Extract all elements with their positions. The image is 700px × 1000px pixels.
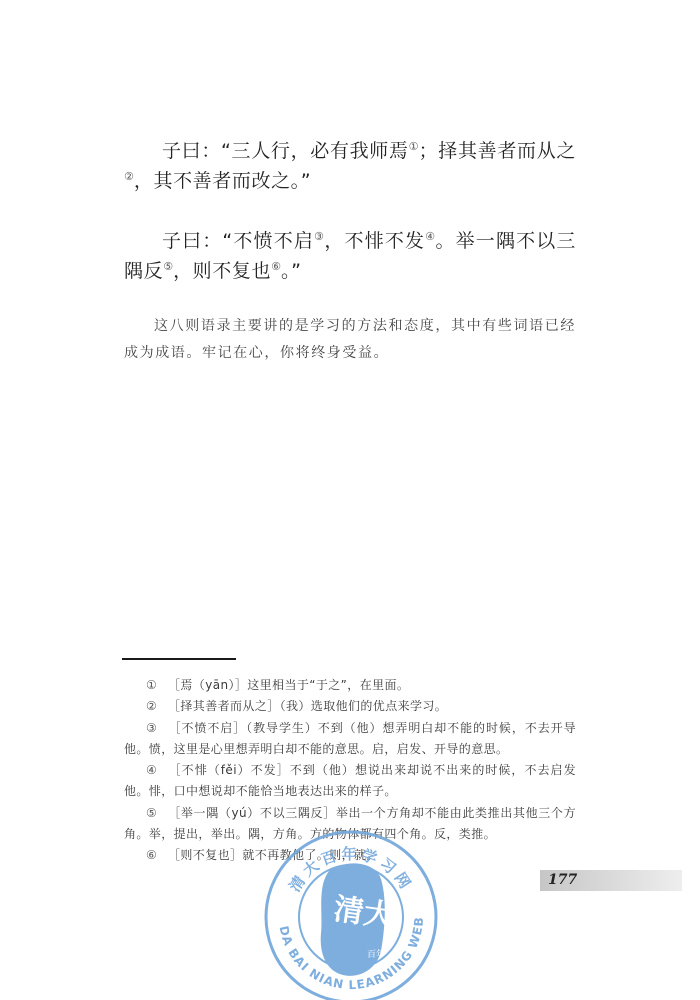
footnote-ref-3[interactable]: ③ [314, 230, 324, 243]
footnote-term: ［不愤不启］ [168, 721, 246, 735]
footnote-number: ⑥ [146, 845, 168, 866]
quote-text: ，不悱不发 [324, 230, 425, 252]
summary-paragraph: 这八则语录主要讲的是学习的方法和态度，其中有些词语已经成为成语。牢记在心，你将终… [124, 313, 576, 367]
footnote-term: ［不悱（fěi）不发］ [168, 763, 290, 777]
quote-text: 子曰：“不愤不启 [162, 230, 314, 252]
quote-text: 。” [281, 260, 302, 282]
footnote-number: ⑤ [146, 803, 168, 824]
footnote-number: ③ [146, 718, 168, 739]
page-number: 177 [548, 871, 577, 890]
quote-text: ，则不复也 [173, 260, 271, 282]
footnote-ref-2[interactable]: ② [124, 170, 134, 183]
footnote-text: （我）选取他们的优点来学习。 [280, 699, 448, 713]
footnote-term: ［焉（yān）］ [168, 678, 247, 692]
textbook-page: 子曰：“三人行，必有我师焉①；择其善者而从之②，其不善者而改之。” 子曰：“不愤… [0, 0, 700, 1000]
footnote-term: ［择其善者而从之］ [168, 699, 280, 713]
watermark-stamp-icon: 清大百年学习网 QING DA BAI NIAN LEARNING WEBSIT… [263, 829, 439, 1000]
footnote-3: ③［不愤不启］（教导学生）不到（他）想弄明白却不能的时候，不去开导他。愤，这里是… [124, 718, 576, 761]
footnote-number: ② [146, 696, 168, 717]
footnote-2: ②［择其善者而从之］（我）选取他们的优点来学习。 [124, 696, 576, 717]
analects-quote-2: 子曰：“不愤不启③，不悱不发④。举一隅不以三隅反⑤，则不复也⑥。” [124, 226, 576, 286]
footnote-1: ①［焉（yān）］这里相当于“于之”，在里面。 [124, 675, 576, 696]
footnote-ref-6[interactable]: ⑥ [271, 260, 281, 273]
quote-text: 子曰：“三人行，必有我师焉 [162, 140, 409, 162]
footnote-4: ④［不悱（fěi）不发］不到（他）想说出来却说不出来的时候，不去启发他。悱，口中… [124, 760, 576, 803]
analects-quote-1: 子曰：“三人行，必有我师焉①；择其善者而从之②，其不善者而改之。” [124, 136, 576, 196]
footnote-ref-4[interactable]: ④ [425, 230, 435, 243]
footnote-number: ④ [146, 760, 168, 781]
quote-text: ；择其善者而从之 [419, 140, 576, 162]
footnote-ref-5[interactable]: ⑤ [163, 260, 173, 273]
footnote-number: ① [146, 675, 168, 696]
footnote-text: 这里相当于“于之”，在里面。 [247, 678, 409, 692]
footnote-separator [122, 658, 236, 660]
footnote-ref-1[interactable]: ① [409, 140, 419, 153]
watermark-seal-small-text: 百年 [367, 948, 385, 960]
quote-text: ，其不善者而改之。” [134, 170, 311, 192]
page-number-bar: 177 [540, 870, 682, 891]
footnote-term: ［举一隅（yú）不以三隅反］ [168, 806, 336, 820]
footnote-term: ［则不复也］ [168, 848, 242, 862]
